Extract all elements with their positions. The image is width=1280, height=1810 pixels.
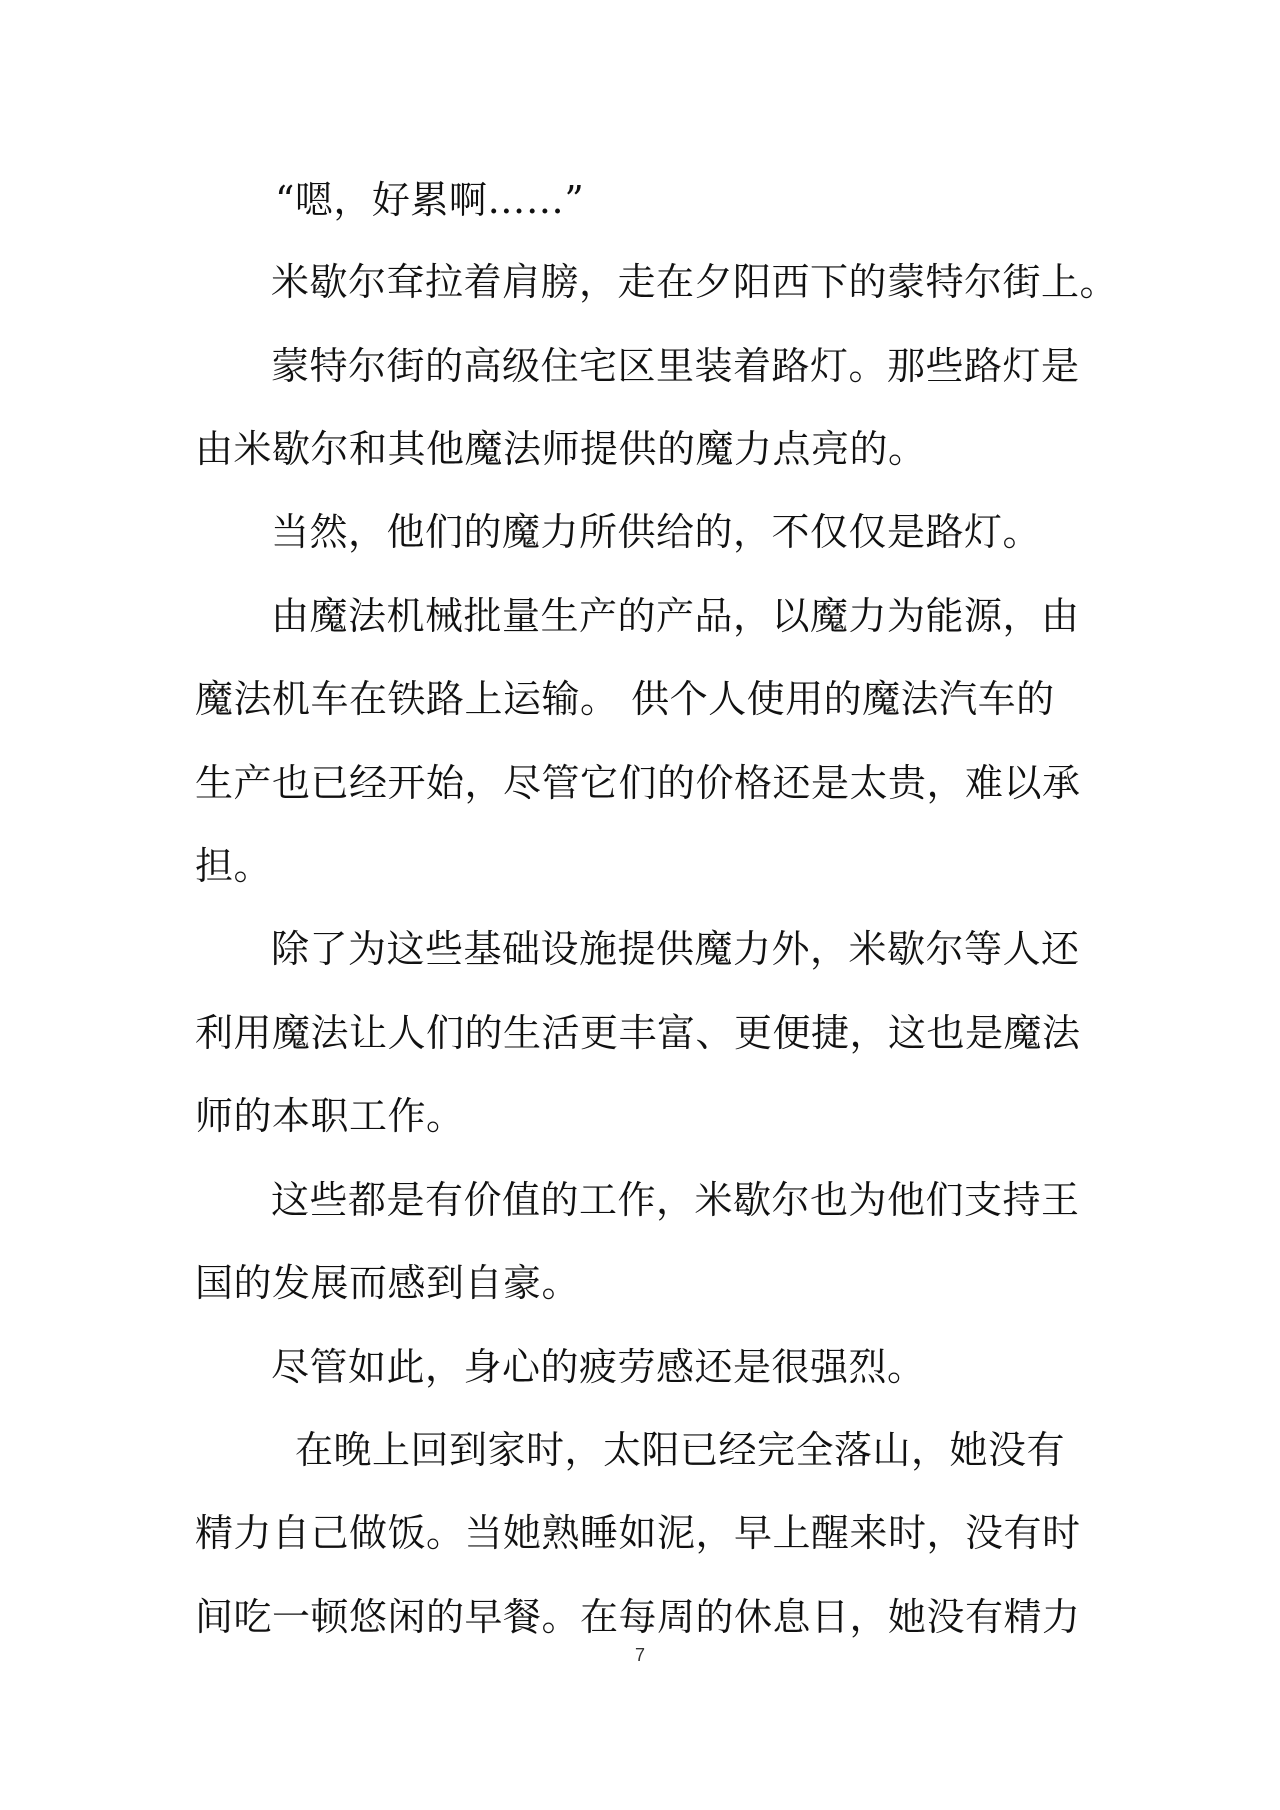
text-line: 精力自己做饭。当她熟睡如泥，早上醒来时，没有时: [195, 1511, 1081, 1555]
text-line: 米歇尔耷拉着肩膀，走在夕阳西下的蒙特尔街上。: [271, 260, 1118, 304]
text-line: 蒙特尔街的高级住宅区里装着路灯。那些路灯是: [271, 344, 1080, 388]
page-number: 7: [0, 1645, 1280, 1666]
text-line: 在晚上回到家时，太阳已经完全落山，她没有: [295, 1428, 1065, 1472]
document-page: “嗯，好累啊……” 米歇尔耷拉着肩膀，走在夕阳西下的蒙特尔街上。 蒙特尔街的高级…: [0, 0, 1280, 1810]
text-line: 利用魔法让人们的生活更丰富、更便捷，这也是魔法: [195, 1011, 1081, 1055]
text-line: 除了为这些基础设施提供魔力外，米歇尔等人还: [271, 927, 1080, 971]
text-line: 魔法机车在铁路上运输。 供个人使用的魔法汽车的: [195, 677, 1055, 721]
text-line: 尽管如此，身心的疲劳感还是很强烈。: [271, 1345, 926, 1389]
text-line: 由米歇尔和其他魔法师提供的魔力点亮的。: [195, 427, 927, 471]
text-line: “嗯，好累啊……”: [275, 178, 584, 222]
text-line: 国的发展而感到自豪。: [195, 1261, 580, 1305]
text-line: 间吃一顿悠闲的早餐。在每周的休息日，她没有精力: [195, 1595, 1081, 1639]
text-line: 由魔法机械批量生产的产品，以魔力为能源，由: [271, 594, 1080, 638]
text-line: 生产也已经开始，尽管它们的价格还是太贵，难以承: [195, 761, 1081, 805]
text-line: 担。: [195, 844, 272, 888]
text-line: 师的本职工作。: [195, 1094, 465, 1138]
text-line: 当然，他们的魔力所供给的，不仅仅是路灯。: [271, 510, 1041, 554]
text-line: 这些都是有价值的工作，米歇尔也为他们支持王: [271, 1178, 1080, 1222]
